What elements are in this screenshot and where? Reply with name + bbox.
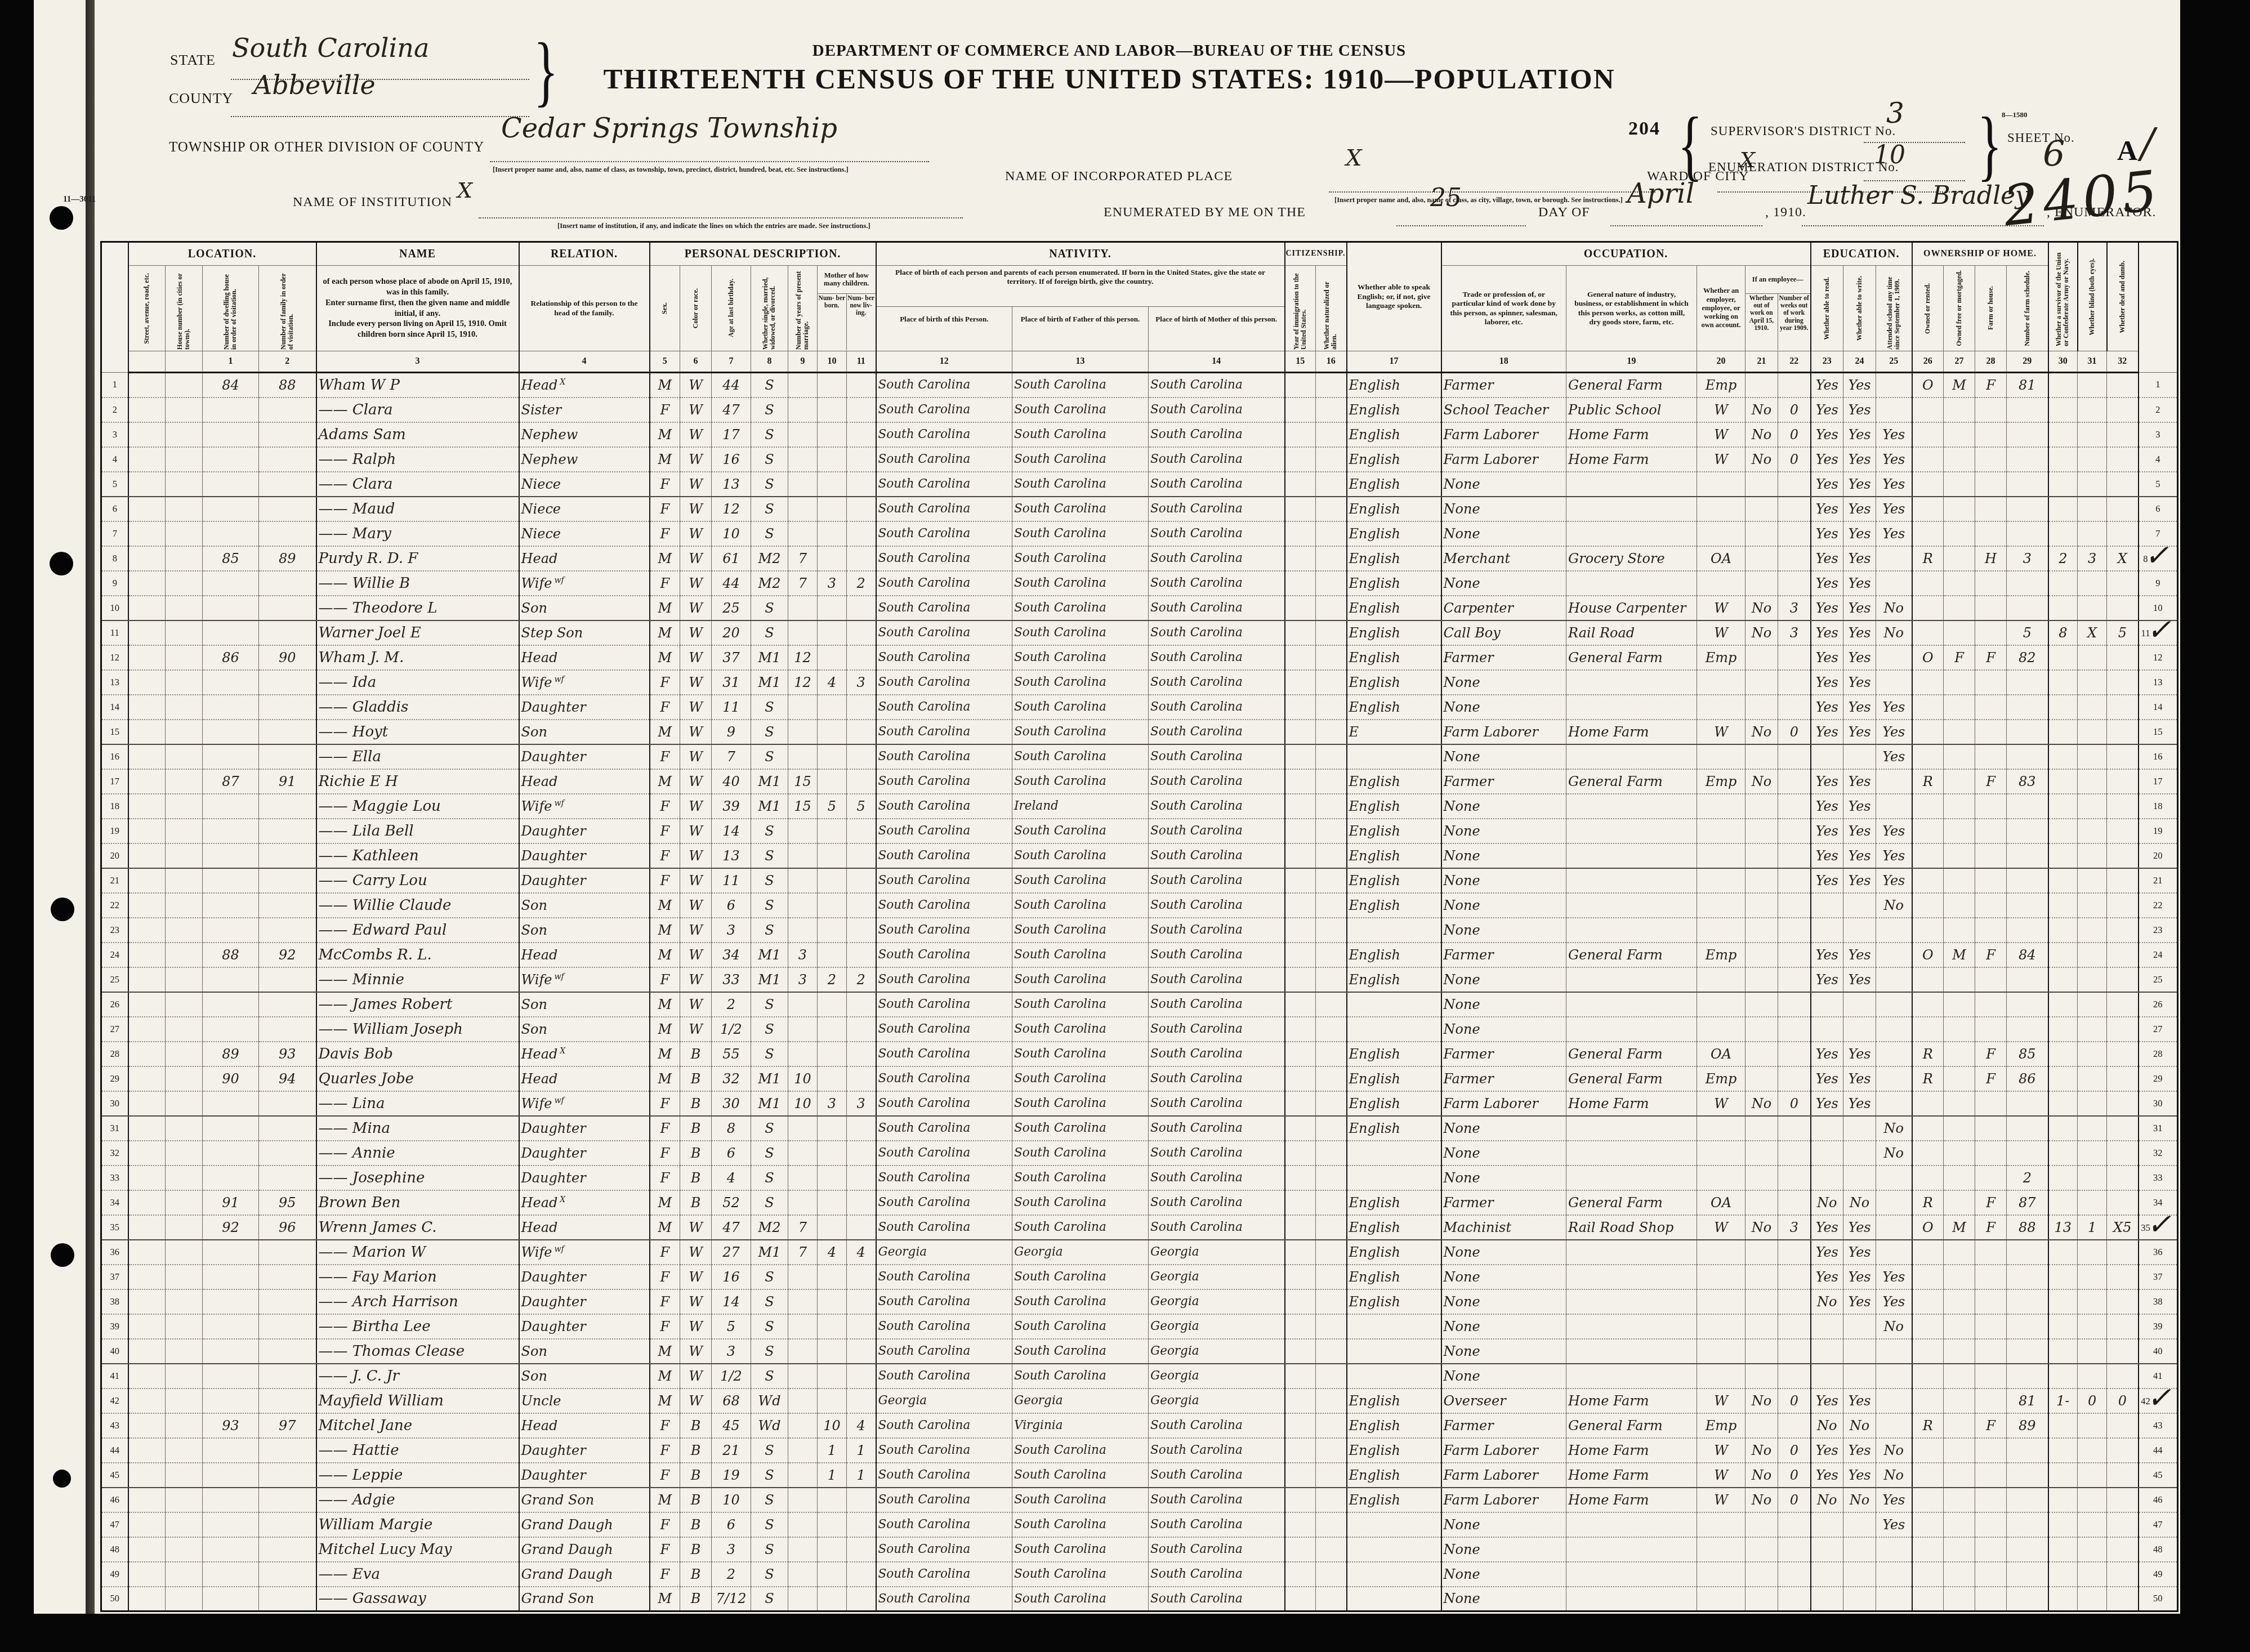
- survivor: [2048, 670, 2078, 695]
- age: 61: [712, 546, 751, 571]
- farm-house: [1975, 447, 2007, 472]
- street-cell: [128, 1438, 166, 1463]
- attended-school: [1876, 794, 1912, 819]
- weeks-out: [1778, 373, 1811, 398]
- street-cell: [128, 620, 166, 645]
- free-mortgaged: [1944, 1512, 1975, 1537]
- mother-birthplace: South Carolina: [1149, 620, 1285, 645]
- street-cell: [128, 843, 166, 868]
- children-living: [847, 1314, 876, 1339]
- mother-birthplace: South Carolina: [1149, 447, 1285, 472]
- mother-birthplace: South Carolina: [1149, 769, 1285, 794]
- occupation: None: [1441, 967, 1566, 992]
- industry: [1566, 794, 1697, 819]
- deaf-dumb: [2107, 1339, 2139, 1364]
- person-name: —— Arch Harrison: [316, 1289, 519, 1314]
- weeks-out: [1778, 1116, 1811, 1141]
- census-scan: { "form": { "stamp": "204", "form_code":…: [0, 0, 2250, 1652]
- immigration-year: [1285, 1265, 1316, 1289]
- weeks-out: [1778, 521, 1811, 546]
- industry: Rail Road: [1566, 620, 1697, 645]
- line-number: 14: [101, 695, 128, 720]
- occupation: Farm Laborer: [1441, 1438, 1566, 1463]
- father-birthplace: Georgia: [1012, 1388, 1149, 1413]
- employer-status: [1697, 521, 1745, 546]
- weeks-out: [1778, 1017, 1811, 1042]
- children-born: [818, 472, 847, 497]
- mother-birthplace: Georgia: [1149, 1388, 1285, 1413]
- out-of-work: [1745, 1562, 1778, 1587]
- language: [1347, 1512, 1441, 1537]
- farm-schedule: 82: [2007, 645, 2048, 670]
- line-number-right: 38: [2139, 1289, 2178, 1314]
- house-number-cell: [166, 422, 203, 447]
- immigration-year: [1285, 868, 1316, 893]
- hole-punch: [51, 1243, 74, 1267]
- line-number-right: 42✓: [2139, 1388, 2178, 1413]
- employer-status: W: [1697, 1091, 1745, 1116]
- county-line: [231, 116, 529, 117]
- street-cell: [128, 1463, 166, 1488]
- can-read: Yes: [1811, 1215, 1843, 1240]
- marital-status: S: [751, 868, 788, 893]
- house-number-cell: [166, 1463, 203, 1488]
- employer-status: [1697, 1562, 1745, 1587]
- deaf-dumb: [2107, 1438, 2139, 1463]
- check-mark: ✓: [2147, 1208, 2172, 1242]
- marital-status: S: [751, 1562, 788, 1587]
- can-read: Yes: [1811, 422, 1843, 447]
- col-family: Number of family in order of visitation.: [259, 266, 316, 351]
- industry: General Farm: [1566, 645, 1697, 670]
- line-number-right: 28: [2139, 1042, 2178, 1066]
- can-read: Yes: [1811, 819, 1843, 843]
- occupation: Farmer: [1441, 943, 1566, 967]
- census-table: LOCATION. NAME RELATION. PERSONAL DESCRI…: [100, 241, 2178, 1612]
- occupation: None: [1441, 1339, 1566, 1364]
- month-line: [1610, 225, 1762, 226]
- person-name: William Margie: [316, 1512, 519, 1537]
- immigration-year: [1285, 620, 1316, 645]
- year-label: , 1910.: [1765, 205, 1806, 220]
- dwelling-number: [203, 1537, 259, 1562]
- industry: [1566, 695, 1697, 720]
- out-of-work: [1745, 1116, 1778, 1141]
- naturalized: [1316, 1042, 1347, 1066]
- free-mortgaged: [1944, 571, 1975, 596]
- deaf-dumb: [2107, 1463, 2139, 1488]
- attended-school: [1876, 645, 1912, 670]
- sex: F: [650, 1289, 680, 1314]
- occupation: Farm Laborer: [1441, 1488, 1566, 1512]
- farm-house: [1975, 918, 2007, 943]
- weeks-out: [1778, 1512, 1811, 1537]
- farm-schedule: 3: [2007, 546, 2048, 571]
- col-blind: Whether blind (both eyes).: [2078, 242, 2107, 351]
- table-row: 45—— LeppieDaughterFB19S11South Carolina…: [101, 1463, 2178, 1488]
- farm-house: [1975, 1116, 2007, 1141]
- weeks-out: [1778, 967, 1811, 992]
- free-mortgaged: [1944, 472, 1975, 497]
- naturalized: [1316, 868, 1347, 893]
- attended-school: No: [1876, 1463, 1912, 1488]
- color-race: B: [680, 1463, 712, 1488]
- color-race: W: [680, 422, 712, 447]
- father-birthplace: Virginia: [1012, 1413, 1149, 1438]
- weeks-out: 3: [1778, 620, 1811, 645]
- family-number: [259, 1339, 316, 1364]
- family-number: [259, 1463, 316, 1488]
- line-number: 27: [101, 1017, 128, 1042]
- sex: F: [650, 794, 680, 819]
- owned-rented: [1912, 1265, 1944, 1289]
- age: 44: [712, 373, 751, 398]
- occupation: None: [1441, 744, 1566, 769]
- naturalized: [1316, 1314, 1347, 1339]
- children-born: 3: [818, 1091, 847, 1116]
- years-married: [788, 422, 818, 447]
- marital-status: S: [751, 992, 788, 1017]
- free-mortgaged: [1944, 744, 1975, 769]
- mother-birthplace: Georgia: [1149, 1314, 1285, 1339]
- relation: Niece: [519, 472, 650, 497]
- table-row: 5—— ClaraNieceFW13SSouth CarolinaSouth C…: [101, 472, 2178, 497]
- weeks-out: [1778, 1166, 1811, 1190]
- language: English: [1347, 1215, 1441, 1240]
- birthplace: South Carolina: [876, 670, 1012, 695]
- deaf-dumb: [2107, 497, 2139, 521]
- age: 12: [712, 497, 751, 521]
- marital-status: S: [751, 1488, 788, 1512]
- survivor: [2048, 1066, 2078, 1091]
- table-row: 49—— EvaGrand DaughFB2SSouth CarolinaSou…: [101, 1562, 2178, 1587]
- naturalized: [1316, 744, 1347, 769]
- employer-status: [1697, 1512, 1745, 1537]
- blind: [2078, 1289, 2107, 1314]
- farm-schedule: [2007, 1091, 2048, 1116]
- relation: Son: [519, 893, 650, 918]
- marital-status: S: [751, 695, 788, 720]
- person-name: Quarles Jobe: [316, 1066, 519, 1091]
- blind: [2078, 992, 2107, 1017]
- owned-rented: [1912, 596, 1944, 620]
- scan-edge-shadow: [86, 0, 95, 1614]
- can-read: Yes: [1811, 373, 1843, 398]
- years-married: [788, 373, 818, 398]
- occupation: Farmer: [1441, 1042, 1566, 1066]
- owned-rented: O: [1912, 943, 1944, 967]
- survivor: [2048, 1240, 2078, 1265]
- out-of-work: No: [1745, 422, 1778, 447]
- marital-status: M1: [751, 645, 788, 670]
- color-race: W: [680, 1314, 712, 1339]
- relation: Grand Son: [519, 1488, 650, 1512]
- father-birthplace: South Carolina: [1012, 1587, 1149, 1611]
- line-number: 8: [101, 546, 128, 571]
- color-race: B: [680, 1042, 712, 1066]
- farm-schedule: 85: [2007, 1042, 2048, 1066]
- farm-schedule: [2007, 695, 2048, 720]
- person-name: —— Kathleen: [316, 843, 519, 868]
- children-born: 3: [818, 571, 847, 596]
- street-cell: [128, 794, 166, 819]
- employer-status: [1697, 992, 1745, 1017]
- marital-status: S: [751, 1166, 788, 1190]
- language: English: [1347, 447, 1441, 472]
- father-birthplace: South Carolina: [1012, 967, 1149, 992]
- attended-school: [1876, 398, 1912, 422]
- sex: M: [650, 1017, 680, 1042]
- blind: [2078, 1339, 2107, 1364]
- free-mortgaged: [1944, 1116, 1975, 1141]
- weeks-out: 0: [1778, 1463, 1811, 1488]
- industry: Home Farm: [1566, 1091, 1697, 1116]
- farm-schedule: [2007, 1537, 2048, 1562]
- enumerated-prefix: ENUMERATED BY ME ON THE: [1104, 205, 1306, 220]
- survivor: [2048, 943, 2078, 967]
- blind: [2078, 1512, 2107, 1537]
- occupation: None: [1441, 1166, 1566, 1190]
- father-birthplace: South Carolina: [1012, 1141, 1149, 1166]
- age: 68: [712, 1388, 751, 1413]
- owned-rented: R: [1912, 1066, 1944, 1091]
- attended-school: [1876, 373, 1912, 398]
- table-row: 13—— IdaWifewfFW31M11243South CarolinaSo…: [101, 670, 2178, 695]
- line-number-right: 9: [2139, 571, 2178, 596]
- dwelling-number: [203, 893, 259, 918]
- house-number-cell: [166, 1438, 203, 1463]
- employer-status: W: [1697, 1463, 1745, 1488]
- attended-school: No: [1876, 596, 1912, 620]
- mother-birthplace: South Carolina: [1149, 1413, 1285, 1438]
- survivor: [2048, 1166, 2078, 1190]
- farm-house: F: [1975, 769, 2007, 794]
- birthplace: South Carolina: [876, 1289, 1012, 1314]
- line-number-right: 3: [2139, 422, 2178, 447]
- survivor: [2048, 967, 2078, 992]
- color-race: W: [680, 1017, 712, 1042]
- naturalized: [1316, 521, 1347, 546]
- color-race: B: [680, 1166, 712, 1190]
- out-of-work: [1745, 571, 1778, 596]
- weeks-out: [1778, 1314, 1811, 1339]
- years-married: 3: [788, 943, 818, 967]
- industry: Home Farm: [1566, 1463, 1697, 1488]
- birthplace: South Carolina: [876, 1141, 1012, 1166]
- color-race: W: [680, 843, 712, 868]
- family-number: 88: [259, 373, 316, 398]
- relation: Wifewf: [519, 1240, 650, 1265]
- deaf-dumb: [2107, 744, 2139, 769]
- years-married: [788, 744, 818, 769]
- house-number-cell: [166, 1537, 203, 1562]
- free-mortgaged: [1944, 447, 1975, 472]
- marital-status: S: [751, 620, 788, 645]
- owned-rented: R: [1912, 1413, 1944, 1438]
- deaf-dumb: [2107, 1314, 2139, 1339]
- marital-status: S: [751, 1587, 788, 1611]
- farm-schedule: [2007, 422, 2048, 447]
- can-write: Yes: [1843, 769, 1876, 794]
- occupation: None: [1441, 893, 1566, 918]
- farm-house: [1975, 720, 2007, 744]
- family-number: [259, 1388, 316, 1413]
- person-name: —— Clara: [316, 472, 519, 497]
- line-number: 21: [101, 868, 128, 893]
- can-write: [1843, 1562, 1876, 1587]
- can-write: Yes: [1843, 967, 1876, 992]
- relation: Daughter: [519, 1289, 650, 1314]
- farm-schedule: [2007, 1463, 2048, 1488]
- family-number: [259, 1141, 316, 1166]
- family-number: [259, 893, 316, 918]
- mother-birthplace: South Carolina: [1149, 967, 1285, 992]
- person-name: Warner Joel E: [316, 620, 519, 645]
- sex: F: [650, 1091, 680, 1116]
- blind: [2078, 1488, 2107, 1512]
- birthplace: South Carolina: [876, 1339, 1012, 1364]
- can-write: Yes: [1843, 596, 1876, 620]
- line-number: 3: [101, 422, 128, 447]
- naturalized: [1316, 1438, 1347, 1463]
- age: 27: [712, 1240, 751, 1265]
- children-born: [818, 1190, 847, 1215]
- table-row: 18—— Maggie LouWifewfFW39M11555South Car…: [101, 794, 2178, 819]
- can-read: [1811, 1364, 1843, 1388]
- table-row: 50—— GassawayGrand SonMB7/12SSouth Carol…: [101, 1587, 2178, 1611]
- industry: Home Farm: [1566, 1438, 1697, 1463]
- table-row: 10—— Theodore LSonMW25SSouth CarolinaSou…: [101, 596, 2178, 620]
- dwelling-number: [203, 1388, 259, 1413]
- relation: Daughter: [519, 1314, 650, 1339]
- immigration-year: [1285, 992, 1316, 1017]
- free-mortgaged: [1944, 1289, 1975, 1314]
- children-living: [847, 1190, 876, 1215]
- language: E: [1347, 720, 1441, 744]
- day-of-label: DAY OF: [1538, 205, 1590, 220]
- children-living: [847, 1042, 876, 1066]
- line-number: 23: [101, 918, 128, 943]
- birthplace: South Carolina: [876, 497, 1012, 521]
- line-number-right: 5: [2139, 472, 2178, 497]
- owned-rented: [1912, 720, 1944, 744]
- age: 13: [712, 472, 751, 497]
- naturalized: [1316, 967, 1347, 992]
- person-name: Richie E H: [316, 769, 519, 794]
- line-number-right: 16: [2139, 744, 2178, 769]
- children-born: [818, 1166, 847, 1190]
- table-row: 20—— KathleenDaughterFW13SSouth Carolina…: [101, 843, 2178, 868]
- attended-school: [1876, 546, 1912, 571]
- immigration-year: [1285, 943, 1316, 967]
- relation: Wifewf: [519, 670, 650, 695]
- employer-status: OA: [1697, 546, 1745, 571]
- house-number-cell: [166, 843, 203, 868]
- sex: F: [650, 843, 680, 868]
- line-number-right: 31: [2139, 1116, 2178, 1141]
- person-name: —— Annie: [316, 1141, 519, 1166]
- deaf-dumb: [2107, 695, 2139, 720]
- age: 45: [712, 1413, 751, 1438]
- survivor: [2048, 1339, 2078, 1364]
- relation: Wifewf: [519, 1091, 650, 1116]
- owned-rented: R: [1912, 1042, 1944, 1066]
- line-number: 4: [101, 447, 128, 472]
- color-race: B: [680, 1438, 712, 1463]
- farm-schedule: 5: [2007, 620, 2048, 645]
- years-married: [788, 1388, 818, 1413]
- father-birthplace: South Carolina: [1012, 1066, 1149, 1091]
- farm-house: F: [1975, 1190, 2007, 1215]
- mother-birthplace: South Carolina: [1149, 720, 1285, 744]
- incorporated-place-label: NAME OF INCORPORATED PLACE: [1005, 169, 1233, 184]
- color-race: W: [680, 596, 712, 620]
- naturalized: [1316, 893, 1347, 918]
- mother-birthplace: Georgia: [1149, 1265, 1285, 1289]
- immigration-year: [1285, 422, 1316, 447]
- out-of-work: [1745, 794, 1778, 819]
- weeks-out: [1778, 1265, 1811, 1289]
- color-race: W: [680, 918, 712, 943]
- relation: Daughter: [519, 1141, 650, 1166]
- industry: Home Farm: [1566, 1488, 1697, 1512]
- deaf-dumb: 5: [2107, 620, 2139, 645]
- person-name: —— Lina: [316, 1091, 519, 1116]
- farm-house: [1975, 1091, 2007, 1116]
- out-of-work: [1745, 1265, 1778, 1289]
- owned-rented: [1912, 1364, 1944, 1388]
- color-race: W: [680, 1215, 712, 1240]
- dwelling-number: 93: [203, 1413, 259, 1438]
- owned-rented: [1912, 521, 1944, 546]
- naturalized: [1316, 571, 1347, 596]
- language: English: [1347, 497, 1441, 521]
- weeks-out: [1778, 868, 1811, 893]
- relation: Daughter: [519, 1438, 650, 1463]
- deaf-dumb: [2107, 992, 2139, 1017]
- industry: Home Farm: [1566, 422, 1697, 447]
- survivor: [2048, 1463, 2078, 1488]
- can-read: Yes: [1811, 472, 1843, 497]
- children-living: [847, 769, 876, 794]
- street-cell: [128, 1512, 166, 1537]
- house-number-cell: [166, 1240, 203, 1265]
- free-mortgaged: [1944, 1388, 1975, 1413]
- dwelling-number: [203, 819, 259, 843]
- language: [1347, 918, 1441, 943]
- family-number: [259, 1314, 316, 1339]
- years-married: [788, 1587, 818, 1611]
- age: 6: [712, 893, 751, 918]
- industry: [1566, 992, 1697, 1017]
- line-number: 47: [101, 1512, 128, 1537]
- person-name: —— Ella: [316, 744, 519, 769]
- age: 44: [712, 571, 751, 596]
- owned-rented: [1912, 398, 1944, 422]
- occupation: None: [1441, 1265, 1566, 1289]
- naturalized: [1316, 819, 1347, 843]
- table-row: 27—— William JosephSonMW1/2SSouth Caroli…: [101, 1017, 2178, 1042]
- deaf-dumb: [2107, 1190, 2139, 1215]
- can-read: [1811, 918, 1843, 943]
- relation: Grand Daugh: [519, 1562, 650, 1587]
- survivor: [2048, 992, 2078, 1017]
- occupation: Call Boy: [1441, 620, 1566, 645]
- house-number-cell: [166, 1562, 203, 1587]
- farm-schedule: [2007, 398, 2048, 422]
- can-read: Yes: [1811, 645, 1843, 670]
- free-mortgaged: [1944, 422, 1975, 447]
